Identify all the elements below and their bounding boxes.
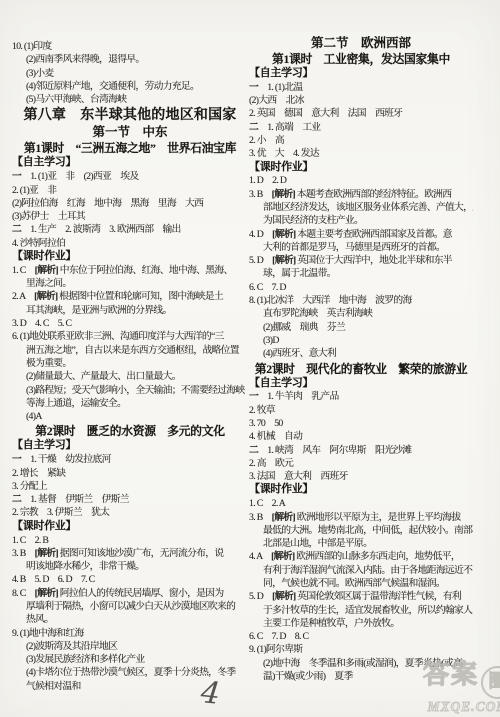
block-label: 【课时作业】 xyxy=(12,520,248,534)
answer-line-continued: 耳其海峡，是亚洲与欧洲的分界线。 xyxy=(12,304,248,317)
answer-line: 二 1. 生产 2. 波斯湾 3. 欧洲西部 输出 xyxy=(12,223,248,236)
answer-line: 6. C 7. D xyxy=(249,281,473,294)
answer-line: 1. C 2. B xyxy=(12,534,248,547)
answer-line: 一 1. 牛羊肉 乳产品 xyxy=(249,390,473,403)
answer-line-continued: (2)挪威 瑞典 芬兰 xyxy=(249,321,473,334)
section-heading: 第一节 中东 xyxy=(12,125,248,140)
answer-line: 2. 增长 紧缺 xyxy=(12,467,248,480)
lesson-heading: 第2课时 匮乏的水资源 多元的文化 xyxy=(12,424,248,439)
lesson-heading: 第1课时 “三洲五海之地” 世界石油宝库 xyxy=(12,141,248,156)
answer-line-continued: (2)储量最大、产量最大、出口量最大。 xyxy=(12,370,248,383)
answer-line: 4. D [解析] 本题主要考查欧洲西部国家及首都。意 xyxy=(249,228,473,241)
chapter-heading: 第八章 东半球其他的地区和国家 xyxy=(12,107,248,125)
block-label: 【自主学习】 xyxy=(12,439,248,453)
watermark: 答案圈 MXQE.COM xyxy=(423,660,500,715)
answer-line-continued: 直布罗陀海峡 英吉利海峡 xyxy=(249,307,473,320)
answer-line: 3. B [解析] 本题考查欧洲西部的经济特征。欧洲西 xyxy=(249,188,473,201)
answer-line-continued: 有利于海洋湿润气流深入内陆。由于各地距海远近不 xyxy=(249,564,473,577)
answer-line: 一 1. (1)亚 非 (2)西亚 埃及 xyxy=(12,170,248,183)
answer-line-continued: (3)小麦 xyxy=(12,67,248,80)
answer-line-continued: 里海之间。 xyxy=(12,277,248,290)
answer-line-continued: (5)马六甲海峡、台湾海峡 xyxy=(12,93,248,106)
answer-line: 2. 牧草 xyxy=(249,404,473,417)
answer-line: 二 1. 高端 工业 xyxy=(249,121,473,134)
section-heading: 第二节 欧洲西部 xyxy=(249,36,473,51)
answer-line: 4. A [解析] 欧洲西部的山脉多东西走向，地势低平， xyxy=(249,550,473,563)
answer-line-continued: 最低的大洲。地势南北高，中间低，起伏较小。南部、 xyxy=(249,524,473,537)
answer-line-continued: (3)发展民族经济和多样化产业 xyxy=(12,653,248,666)
answer-line-continued: (2)波斯湾及其沿岸地区 xyxy=(12,640,248,653)
answer-line: 3. 法国 意大利 西班牙 xyxy=(249,470,473,483)
watermark-logo-badge: 圈 xyxy=(481,666,500,699)
answer-line-continued: (4)邻近原料产地，交通便利，劳动力充足。 xyxy=(12,80,248,93)
answer-line: 2. 英国 德国 意大利 法国 西班牙 xyxy=(249,107,473,120)
block-label: 【自主学习】 xyxy=(249,377,473,391)
answer-line-continued: 厚墙利于隔热，小窗可以减少白天从沙漠地区吹来的 xyxy=(12,600,248,613)
answer-line: 10. (1)印度 xyxy=(12,40,248,53)
answer-line: 1. C [解析] 中东位于阿拉伯海、红海、地中海、黑海、 xyxy=(12,264,248,277)
answer-line-continued: 为国民经济的支柱产业。 xyxy=(249,214,473,227)
answer-line-continued: 极为重要。 xyxy=(12,357,248,370)
answer-line: 6. C 7. D 8. C xyxy=(249,630,473,643)
answer-line: 1. C 2. A xyxy=(249,497,473,510)
answer-line-continued: 热风。 xyxy=(12,613,248,626)
answer-line: 9. (1)地中海和红海 xyxy=(12,627,248,640)
answer-line-continued: 同，气候也就不同。欧洲西部气候温和湿润。 xyxy=(249,577,473,590)
answer-line: 8. C [解析] 阿拉伯人的传统民居墙厚、窗小，是因为 xyxy=(12,587,248,600)
answer-line: 8. (1)北冰洋 大西洋 地中海 波罗的海 xyxy=(249,294,473,307)
answer-line: 3. 分配上 xyxy=(12,480,248,493)
answer-line: 1. D 2. D xyxy=(249,174,473,187)
answer-line: (3)苏伊士 土耳其 xyxy=(12,210,248,223)
answer-line-continued: 等海上通道，运输安全。 xyxy=(12,397,248,410)
answer-line-continued: 部地区经济发达，该地区服务业体系完善、产值大，成 xyxy=(249,201,473,214)
answer-line-continued: 北部是山地，中部是平原。 xyxy=(249,537,473,550)
answer-line-continued: (3)路程短；受天气影响小，全天输油；不需要经过海峡 xyxy=(12,384,248,397)
answer-line: 5. D [解析] 英国位于大西洋中，地处北半球和东半 xyxy=(249,254,473,267)
answer-line-continued: 于多汁牧草的生长，适宜发展畜牧业，所以约翰家人的 xyxy=(249,604,473,617)
answer-line: 4. 沙特阿拉伯 xyxy=(12,237,248,250)
answer-line: (2)大西 北冰 xyxy=(249,94,473,107)
answer-line: 4. B 5. D 6. D 7. C xyxy=(12,573,248,586)
answer-line: 2. 小 高 xyxy=(249,134,473,147)
block-label: 【课时作业】 xyxy=(12,250,248,264)
answer-line: 6. (1)地处联系亚欧非三洲、沟通印度洋与大西洋的“三 xyxy=(12,330,248,343)
scanned-answer-page: 10. (1)印度(2)西南季风来得晚，退得早。(3)小麦(4)邻近原料产地，交… xyxy=(0,0,500,717)
answer-line: 2. 宗教 3. 伊斯兰 犹太 xyxy=(12,506,248,519)
lesson-heading: 第2课时 现代化的畜牧业 繁荣的旅游业 xyxy=(249,362,473,377)
watermark-site-text: MXQE.COM xyxy=(423,699,500,715)
answer-line: 3. 优 大 4. 发达 xyxy=(249,147,473,160)
right-column: 第二节 欧洲西部第1课时 工业密集，发达国家集中【自主学习】一 1. (1)北温… xyxy=(249,36,473,683)
answer-line: 一 1. (1)北温 xyxy=(249,81,473,94)
block-label: 【自主学习】 xyxy=(249,67,473,81)
answer-line-continued: 洲五海之地”，自古以来是东西方交通枢纽，战略位置 xyxy=(12,344,248,357)
left-column: 10. (1)印度(2)西南季风来得晚，退得早。(3)小麦(4)邻近原料产地，交… xyxy=(12,40,248,693)
answer-line: 3. B [解析] 欧洲地形以平原为主，是世界上平均海拔 xyxy=(249,511,473,524)
answer-line: 一 1. 干燥 幼发拉底河 xyxy=(12,453,248,466)
handwritten-page-number: 4 xyxy=(199,675,222,712)
answer-line: 2. (1)亚 非 xyxy=(12,184,248,197)
watermark-logo-text: 答案 xyxy=(423,660,479,689)
answer-line-continued: (2)西南季风来得晚，退得早。 xyxy=(12,53,248,66)
answer-line: 二 1. 基督 伊斯兰 伊斯兰 xyxy=(12,493,248,506)
block-label: 【自主学习】 xyxy=(12,156,248,170)
block-label: 【课时作业】 xyxy=(249,483,473,497)
answer-line: 二 1. 峡湾 风车 阿尔卑斯 阳光沙滩 xyxy=(249,444,473,457)
answer-line-continued: (3)D xyxy=(249,334,473,347)
answer-line: 5. D [解析] 英国伦敦郊区属于温带海洋性气候，有利 xyxy=(249,590,473,603)
answer-line-continued: (4)西班牙、意大利 xyxy=(249,347,473,360)
answer-line-continued: 主要工作是种植牧草，户外放牧。 xyxy=(249,617,473,630)
answer-line-continued: (4)A xyxy=(12,410,248,423)
answer-line: 9. (1)阿尔卑斯 xyxy=(249,643,473,656)
answer-line: 4. 机械 自动 xyxy=(249,430,473,443)
lesson-heading: 第1课时 工业密集，发达国家集中 xyxy=(249,52,473,67)
answer-line-continued: 大利的首都是罗马，马德里是西班牙的首都。 xyxy=(249,241,473,254)
answer-line-continued: 球，属于北温带。 xyxy=(249,267,473,280)
answer-circle-logo: 答案圈 xyxy=(423,660,500,699)
block-label: 【课时作业】 xyxy=(249,161,473,175)
answer-line: 3. 70 50 xyxy=(249,417,473,430)
answer-line: 3. B [解析] 据图可知该地沙漠广布，无河流分布，说 xyxy=(12,547,248,560)
answer-line-continued: 明该地降水稀少，非常干燥。 xyxy=(12,560,248,573)
answer-line: 2. A [解析] 根据图中位置和轮廓可知，图中海峡是土 xyxy=(12,290,248,303)
answer-line: 2. 高 欧元 xyxy=(249,457,473,470)
answer-line: 3. D 4. C 5. C xyxy=(12,317,248,330)
answer-line: (2)阿拉伯海 红海 地中海 黑海 里海 大西 xyxy=(12,197,248,210)
